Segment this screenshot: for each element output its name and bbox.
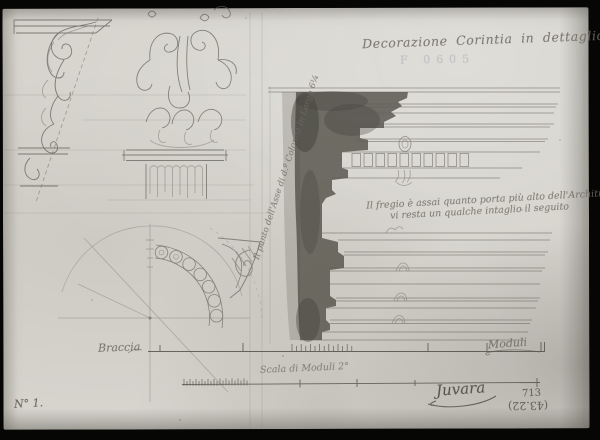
scale-bar-moduli bbox=[182, 378, 540, 388]
artist-signature: Juvara bbox=[435, 378, 485, 399]
paper-specks bbox=[91, 17, 561, 421]
stamp-number: F 0605 bbox=[400, 52, 475, 66]
photograph-of-architectural-drawing: Decorazione Corintia in dettaglio F 0605… bbox=[0, 0, 600, 440]
console-bracket-sketch bbox=[14, 18, 112, 202]
scale1-right-label: Moduli bbox=[488, 336, 528, 352]
scale1-left-label: Braccia bbox=[98, 340, 141, 354]
egg-ornament-3 bbox=[392, 316, 405, 324]
inventory-number: (43.22) bbox=[508, 399, 548, 413]
column-plan-sketch bbox=[58, 224, 262, 402]
corinthian-capital-sketch bbox=[122, 6, 236, 199]
scale-bar-braccia bbox=[128, 342, 545, 355]
sheet-number: N° 1. bbox=[14, 396, 44, 411]
egg-ornament-2 bbox=[394, 293, 407, 301]
leaf-ornament-1 bbox=[386, 227, 403, 233]
folio-number: 713 bbox=[522, 388, 541, 400]
dentil-band bbox=[352, 154, 469, 167]
egg-ornament-1 bbox=[396, 263, 409, 271]
